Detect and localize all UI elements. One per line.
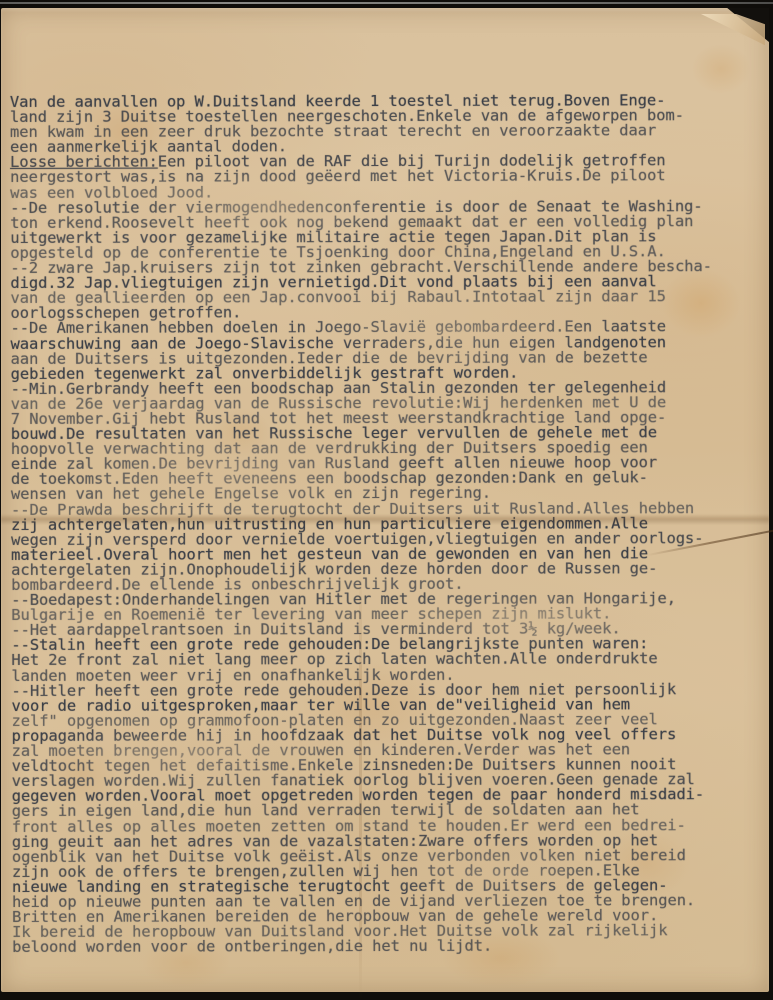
text-line: --Het aardappelrantsoen in Duitsland is …	[11, 621, 751, 638]
scanned-document-page: { "colors": { "paper": "#d9c19d", "ink":…	[0, 0, 773, 1000]
text-line: zelf" opgenomen op grammofoon-platen en …	[11, 712, 751, 729]
text-line: --Hitler heeft een grote rede gehouden.D…	[11, 682, 751, 699]
stain	[691, 44, 751, 94]
text-line: wegen zijn versperd door vernielde voert…	[11, 531, 751, 548]
text-line: verslagen worden.Wij zullen fanatiek oor…	[12, 772, 752, 789]
text-line: beloond worden voor de ontberingen,die h…	[12, 938, 752, 955]
text-line: 7 November.Gij hebt Rusland tot het mees…	[11, 410, 751, 427]
text-line: aan de Duitsers is uitgezonden.Ieder die…	[11, 350, 751, 367]
horizontal-crease	[1, 514, 769, 525]
text-line: zijn ook de offers te brengen,zullen wij…	[12, 863, 752, 880]
paper-sheet: Van de aanvallen op W.Duitsland keerde 1…	[1, 8, 769, 992]
scanner-edge	[0, 2, 773, 4]
text-line: --2 zware Jap.kruisers zijn tot zinken g…	[10, 259, 750, 276]
vertical-crease	[359, 568, 362, 1000]
text-line: --De Amerikanen hebben doelen in Joego-S…	[10, 319, 750, 336]
